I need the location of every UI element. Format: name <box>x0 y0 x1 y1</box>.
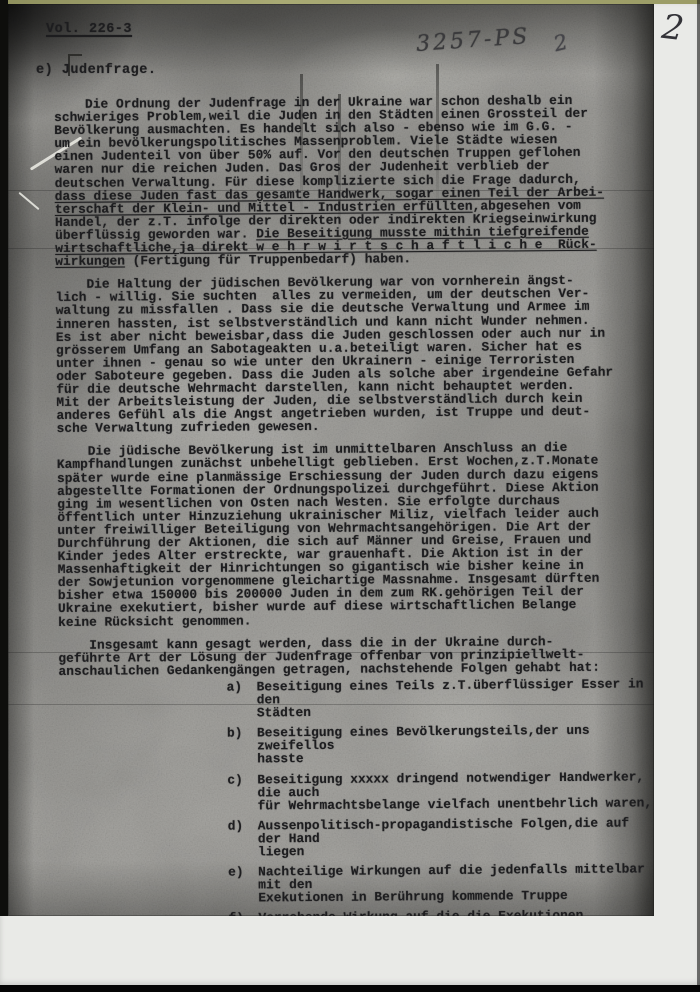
volume-label: Vol. 226-3 <box>46 22 132 37</box>
paragraph-erschiessungen: Die jüdische Bevölkerung ist im unmittel… <box>57 441 654 629</box>
list-text: Aussenpolitisch-propagandistische Folgen… <box>258 816 654 858</box>
list-text: Nachteilige Wirkungen auf die jedenfalls… <box>258 862 654 904</box>
paragraph-judenfrage-problem: Die Ordnung der Judenfrage in der Ukrain… <box>54 93 654 268</box>
paragraph-folgen-intro: Insgesamt kann gesagt werden, dass die i… <box>58 634 654 678</box>
list-text: Beseitigung xxxxx dringend notwendiger H… <box>257 770 654 812</box>
photostat-sheet: Vol. 226-3 e) Judenfrage. Die Ordnung de… <box>8 4 654 916</box>
handwritten-document-number: 3257-PS <box>415 24 531 57</box>
list-text: Beseitigung eines Teils z.T.überflüssige… <box>257 677 654 719</box>
paragraph-haltung: Die Haltung der jüdischen Bevölkerung wa… <box>55 274 654 436</box>
list-item: c)Beseitigung xxxxx dringend notwendiger… <box>227 770 654 813</box>
para1-seg5: (Fertigung für Truppenbedarf) haben. <box>125 251 411 268</box>
scanned-document-page: Vol. 226-3 e) Judenfrage. Die Ordnung de… <box>0 0 700 992</box>
list-marker: a) <box>227 680 257 720</box>
list-item: a)Beseitigung eines Teils z.T.überflüssi… <box>227 677 654 720</box>
list-item: b)Beseitigung eines Bevölkerungsteils,de… <box>227 723 654 766</box>
handwritten-page-number: 2 <box>660 7 686 49</box>
handwritten-check-mark: 2 <box>551 30 570 57</box>
scan-bottom-edge <box>0 985 700 992</box>
section-heading: e) Judenfrage. <box>36 63 156 78</box>
list-marker: f) <box>228 912 258 916</box>
list-text: Beseitigung eines Bevölkerungsteils,der … <box>257 723 654 765</box>
scan-left-edge <box>0 0 8 916</box>
para1-seg1: Die Ordnung der Judenfrage in der Ukrain… <box>54 93 588 191</box>
list-item: e)Nachteilige Wirkungen auf die jedenfal… <box>228 862 654 905</box>
list-marker: e) <box>228 865 258 905</box>
list-text: Verrohende Wirkung auf die die Exekution… <box>258 909 654 916</box>
list-item: f)Verrohende Wirkung auf die die Exekuti… <box>228 909 654 916</box>
list-item: d)Aussenpolitisch-propagandistische Folg… <box>228 816 654 859</box>
body-text-column: Die Ordnung der Judenfrage in der Ukrain… <box>54 93 654 916</box>
typewritten-content: Vol. 226-3 e) Judenfrage. Die Ordnung de… <box>8 4 654 916</box>
list-marker: b) <box>227 727 257 767</box>
consequences-list: a)Beseitigung eines Teils z.T.überflüssi… <box>227 677 654 916</box>
list-marker: c) <box>227 773 257 813</box>
list-marker: d) <box>228 819 258 859</box>
